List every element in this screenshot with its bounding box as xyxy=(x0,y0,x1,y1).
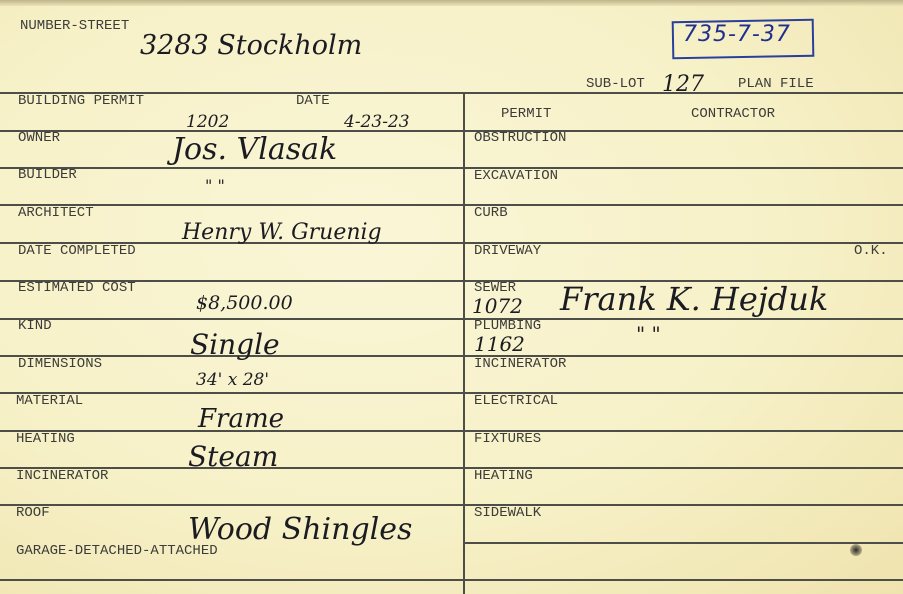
plumbing-permit-value: 1162 xyxy=(474,332,525,356)
date-label: DATE xyxy=(296,93,330,109)
card-top-edge xyxy=(0,0,903,6)
stamp-value: 735-7-37 xyxy=(683,22,791,47)
obstruction-label: OBSTRUCTION xyxy=(474,130,566,146)
rule-line xyxy=(463,579,903,581)
driveway-label: DRIVEWAY xyxy=(474,243,541,259)
architect-value: Henry W. Gruenig xyxy=(182,220,382,245)
rule-line xyxy=(0,318,463,320)
roof-value: Wood Shingles xyxy=(188,512,412,547)
rule-line xyxy=(463,204,903,206)
dimensions-value: 34' x 28' xyxy=(196,370,269,390)
driveway-note: O.K. xyxy=(854,243,888,259)
heating-right-label: HEATING xyxy=(474,468,533,484)
sewer-permit-value: 1072 xyxy=(472,294,523,318)
date-completed-label: DATE COMPLETED xyxy=(18,243,136,259)
building-permit-value: 1202 xyxy=(186,112,229,132)
owner-value: Jos. Vlasak xyxy=(172,132,337,167)
roof-label: ROOF xyxy=(16,505,50,521)
fixtures-label: FIXTURES xyxy=(474,431,541,447)
heating-label: HEATING xyxy=(16,431,75,447)
estimated-cost-value: $8,500.00 xyxy=(196,292,293,314)
builder-label: BUILDER xyxy=(18,167,77,183)
owner-label: OWNER xyxy=(18,130,60,146)
plan-file-label: PLAN FILE xyxy=(738,76,814,92)
dimensions-label: DIMENSIONS xyxy=(18,356,102,372)
kind-label: KIND xyxy=(18,318,52,334)
plumbing-contractor-value: " " xyxy=(636,322,661,346)
rule-line xyxy=(463,542,903,544)
material-value: Frame xyxy=(198,404,284,434)
estimated-cost-label: ESTIMATED COST xyxy=(18,280,136,296)
number-street-value: 3283 Stockholm xyxy=(140,30,362,61)
excavation-label: EXCAVATION xyxy=(474,168,558,184)
sewer-contractor-value: Frank K. Hejduk xyxy=(560,280,828,318)
garage-label: GARAGE-DETACHED-ATTACHED xyxy=(16,543,218,559)
incinerator-right-label: INCINERATOR xyxy=(474,356,566,372)
kind-value: Single xyxy=(190,328,280,361)
material-label: MATERIAL xyxy=(16,393,83,409)
sub-lot-label: SUB-LOT xyxy=(586,76,645,92)
rule-line xyxy=(0,504,463,506)
sidewalk-label: SIDEWALK xyxy=(474,505,541,521)
architect-label: ARCHITECT xyxy=(18,205,94,221)
permit-column-header: PERMIT xyxy=(501,106,551,122)
rule-line xyxy=(0,579,463,581)
curb-label: CURB xyxy=(474,205,508,221)
date-value: 4-23-23 xyxy=(344,112,410,132)
number-street-label: NUMBER-STREET xyxy=(20,18,129,34)
permit-card: NUMBER-STREET 3283 Stockholm 735-7-37 SU… xyxy=(0,0,903,594)
heating-value: Steam xyxy=(188,440,278,473)
electrical-label: ELECTRICAL xyxy=(474,393,558,409)
contractor-column-header: CONTRACTOR xyxy=(691,106,775,122)
ink-spot xyxy=(850,544,862,556)
incinerator-label: INCINERATOR xyxy=(16,468,108,484)
builder-value: " " xyxy=(205,176,225,195)
building-permit-label: BUILDING PERMIT xyxy=(18,93,144,109)
